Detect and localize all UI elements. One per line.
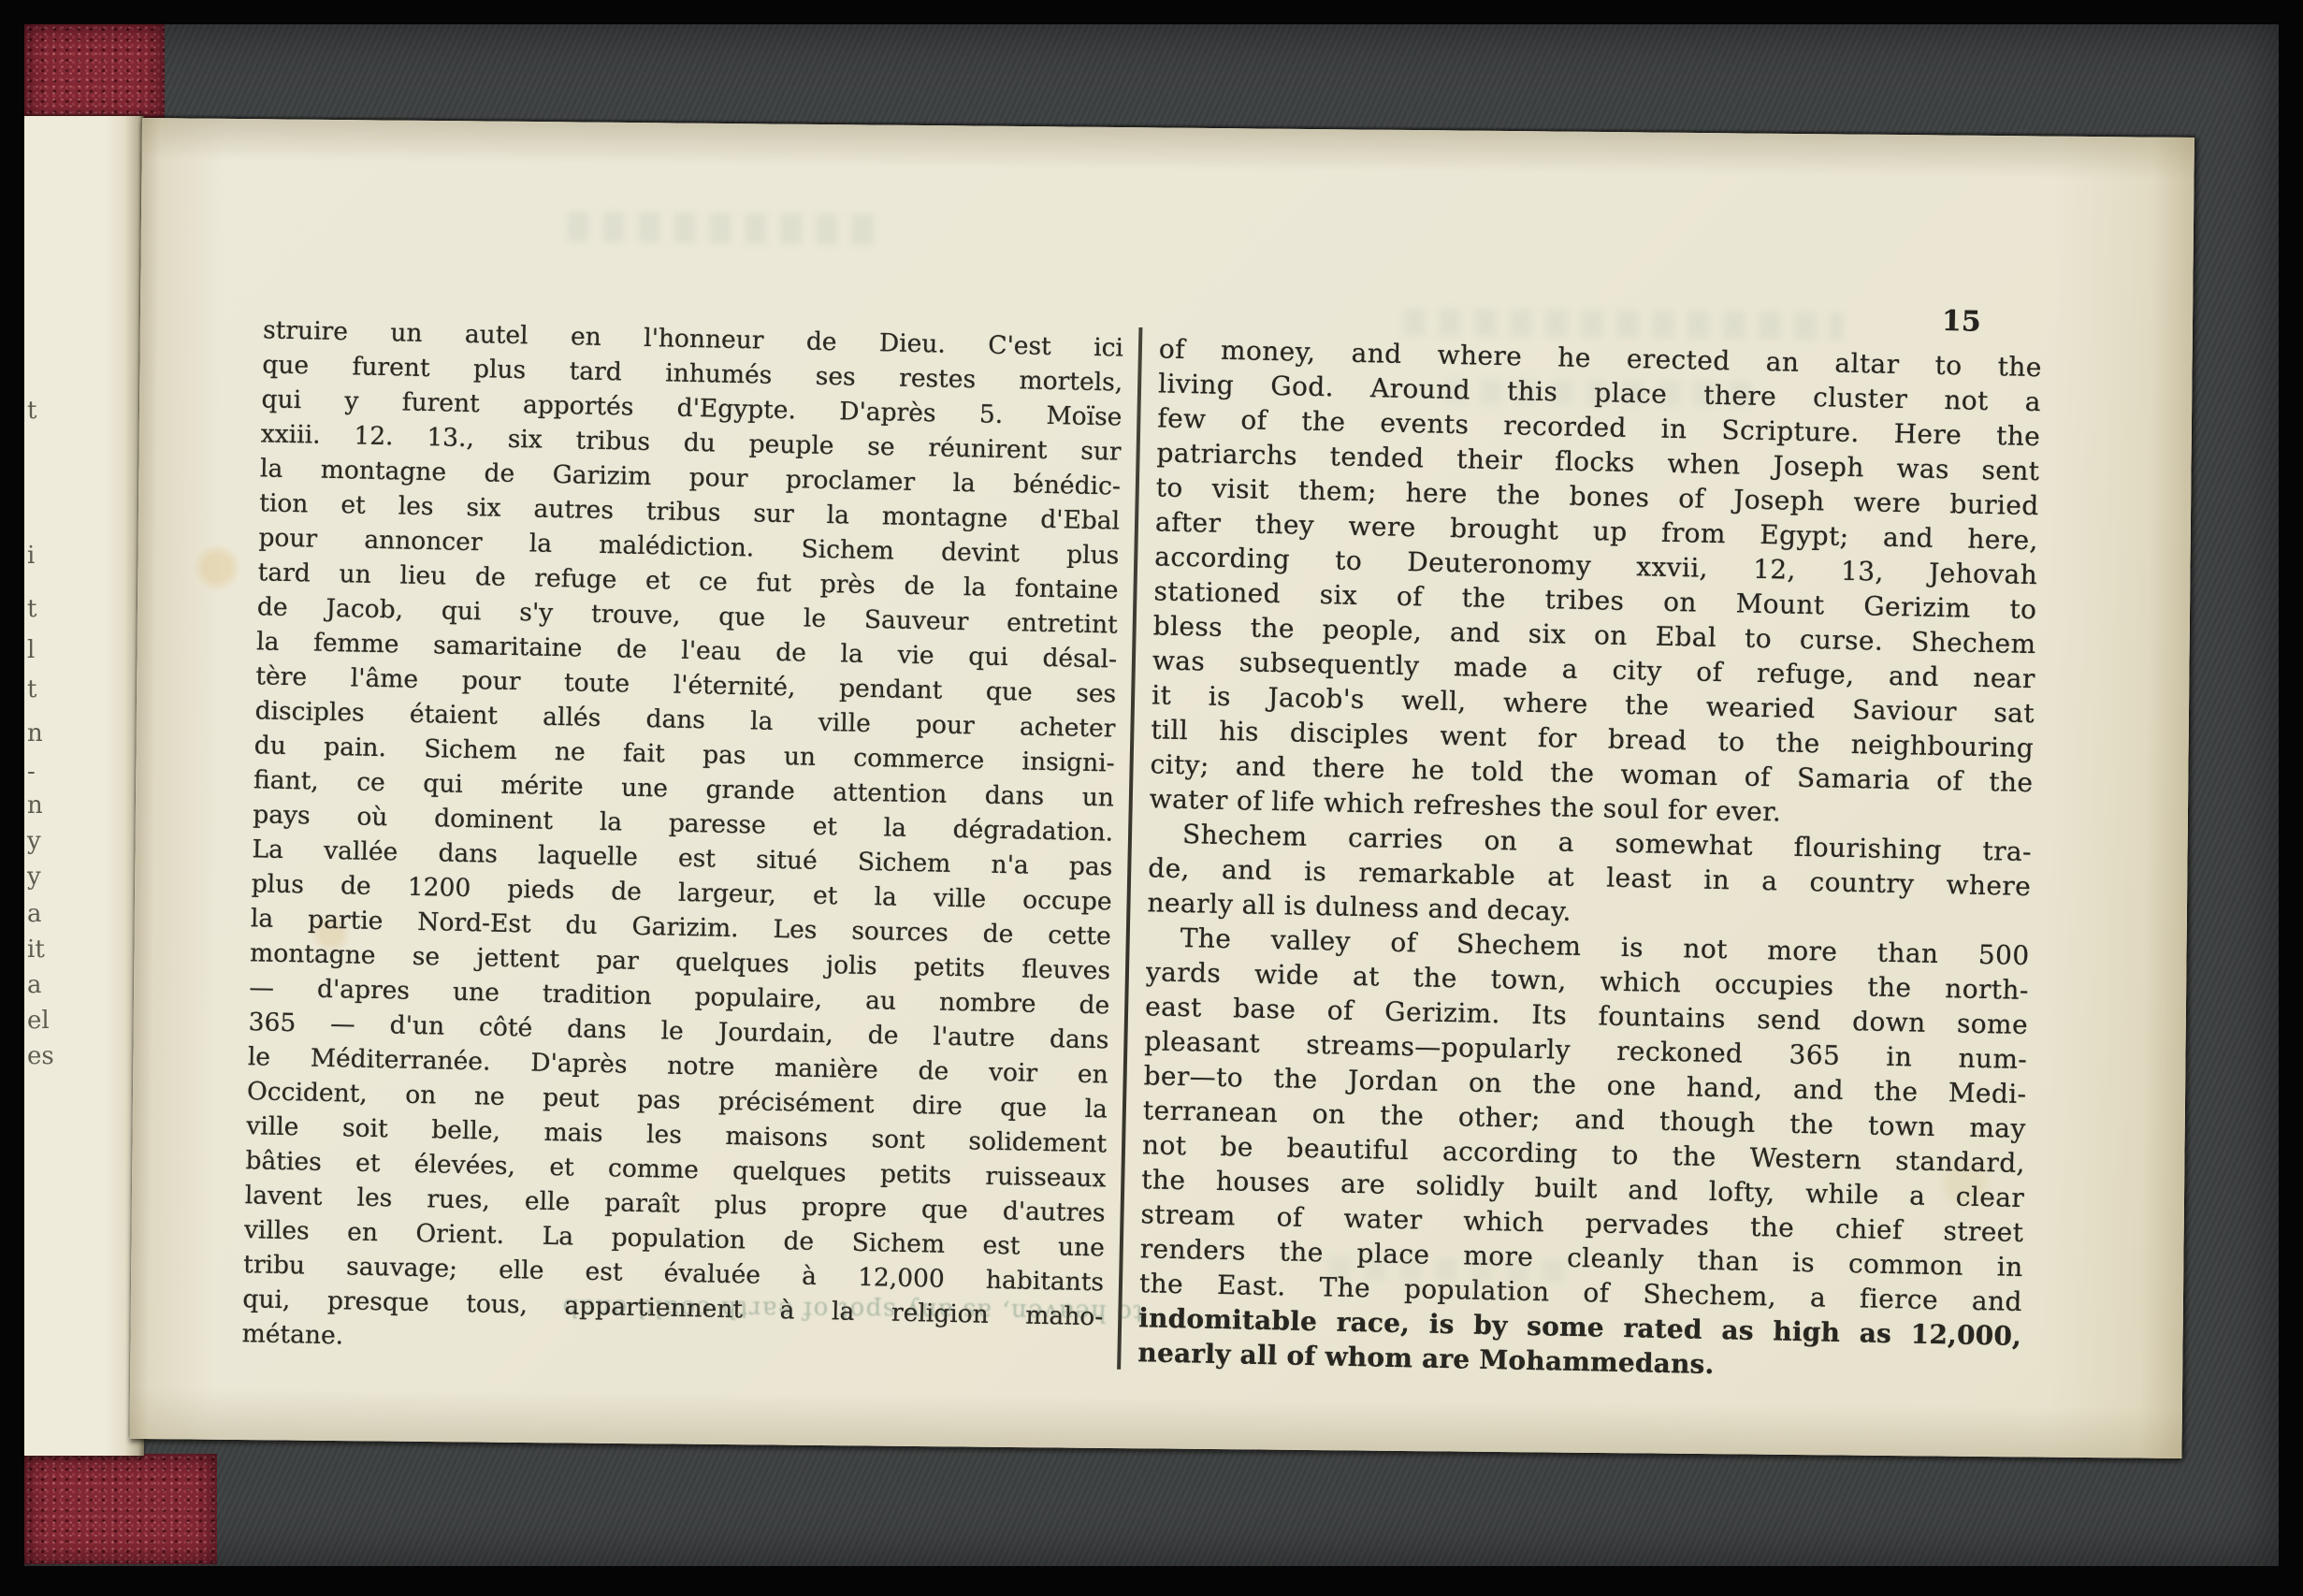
cut-off-letter: t	[27, 595, 36, 623]
cut-off-letter: it	[27, 936, 45, 964]
book-photo: titltn-nyyaitaeles to heaven, as any spo…	[0, 0, 2303, 1596]
cut-off-letter: el	[27, 1007, 50, 1035]
cut-off-letter: t	[27, 397, 36, 425]
cut-off-letter: l	[27, 636, 35, 664]
cut-off-letter: es	[27, 1042, 54, 1070]
two-column-layout: struire un autel en l'honneur de Dieu. C…	[241, 312, 2061, 1388]
binding-marbled-bottom-left	[24, 1454, 217, 1564]
previous-page-edge: titltn-nyyaitaeles	[24, 116, 144, 1456]
cut-off-letter: y	[27, 827, 41, 855]
column-divider-rule	[1117, 327, 1142, 1370]
page: to heaven, as any spot of earth could en…	[129, 118, 2194, 1458]
cut-off-letter: -	[27, 758, 36, 786]
printed-text-block: 15 struire un autel en l'honneur de Dieu…	[241, 269, 2062, 1388]
cut-off-letter: a	[27, 900, 42, 928]
cut-off-letter: n	[27, 719, 43, 747]
column-english: of money, and where he erected an altar …	[1137, 331, 2042, 1388]
cut-off-letter: n	[27, 791, 43, 820]
cut-off-letter: t	[27, 675, 36, 704]
cut-off-letter: i	[27, 542, 35, 570]
showthrough-smudge	[567, 210, 876, 245]
cut-off-letter: a	[27, 971, 42, 999]
cut-off-letter: y	[27, 863, 41, 891]
binding-marbled-top-left	[24, 24, 165, 123]
column-french: struire un autel en l'honneur de Dieu. C…	[241, 312, 1123, 1369]
